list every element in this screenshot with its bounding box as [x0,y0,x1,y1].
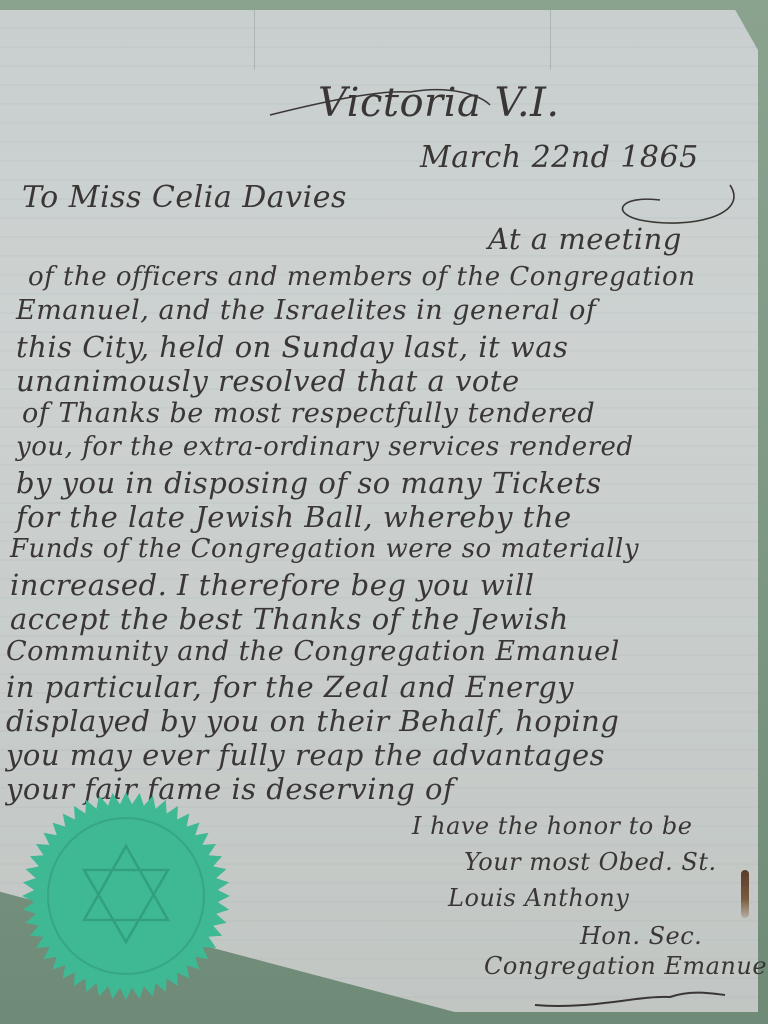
body-line: displayed by you on their Behalf, hoping [6,704,619,738]
body-line: accept the best Thanks of the Jewish [10,602,569,636]
paper-fold [254,10,255,70]
body-line: this City, held on Sunday last, it was [16,330,568,364]
closing-line: Your most Obed. St. [464,848,717,876]
signature-name: Louis Anthony [448,884,629,912]
letter-salutation: To Miss Celia Davies [22,180,347,215]
paper-fold [550,10,551,70]
body-line: Emanuel, and the Israelites in general o… [16,295,596,326]
body-line: you, for the extra-ordinary services ren… [16,432,634,462]
signature-organization: Congregation Emanuel [484,952,768,980]
letter-place: Victoria V.I. [318,80,560,126]
photo-stage: Victoria V.I. March 22nd 1865 To Miss Ce… [0,0,768,1024]
body-line: At a meeting [488,222,682,256]
body-line: of Thanks be most respectfully tendered [22,398,595,429]
body-line: unanimously resolved that a vote [16,364,520,398]
signature-title: Hon. Sec. [580,922,702,950]
body-line: you may ever fully reap the advantages [6,738,605,772]
body-line: by you in disposing of so many Tickets [16,466,602,500]
embossed-seal-icon [20,790,232,1002]
letter-date: March 22nd 1865 [420,140,699,175]
body-line: of the officers and members of the Congr… [28,262,695,292]
body-line: Community and the Congregation Emanuel [6,636,620,667]
ink-stain [741,870,749,918]
body-line: for the late Jewish Ball, whereby the [16,500,572,534]
closing-line: I have the honor to be [412,812,692,840]
body-line: in particular, for the Zeal and Energy [6,670,574,704]
body-line: increased. I therefore beg you will [10,568,535,602]
body-line: Funds of the Congregation were so materi… [10,534,639,564]
